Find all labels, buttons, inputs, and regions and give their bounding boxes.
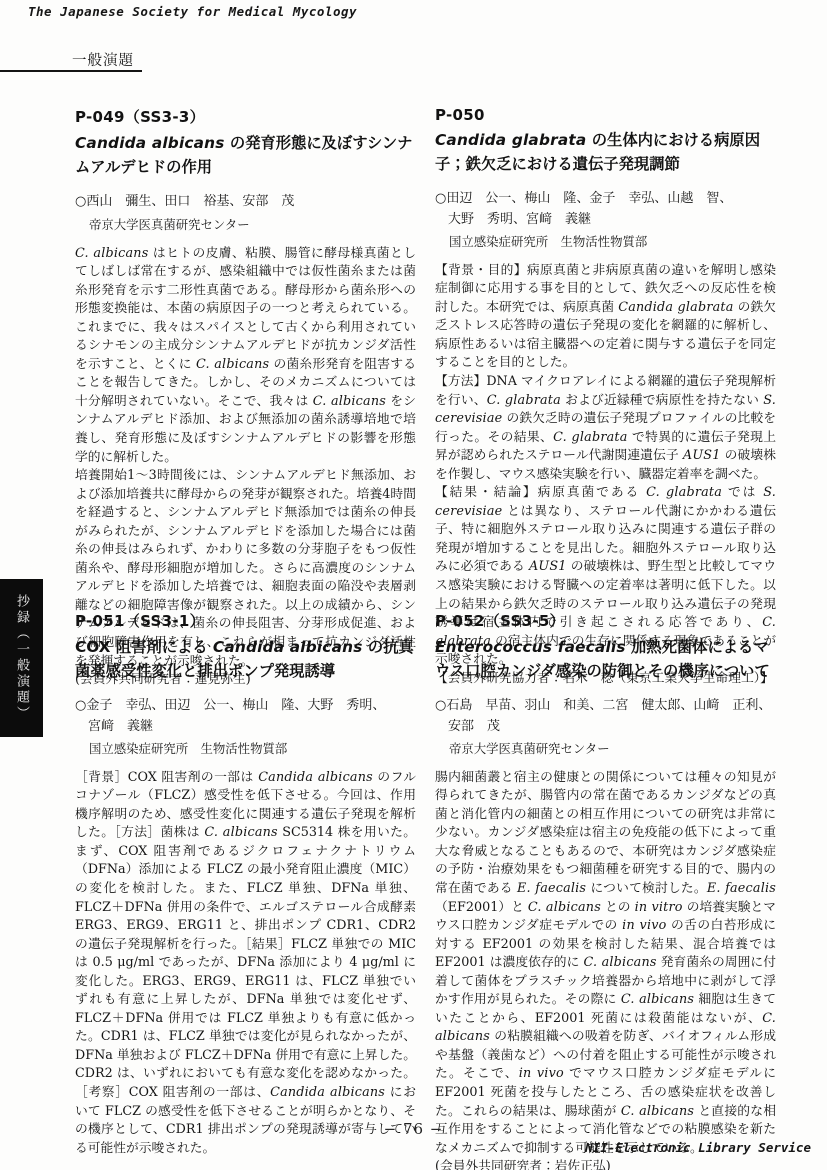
abstract-p051: P-051（SS3-1） COX 阻害剤による Candida albicans… bbox=[75, 610, 416, 1158]
abstract-p052: P-052（SS3-5） Enterococcus faecalis 加熱死菌体… bbox=[435, 610, 776, 1170]
abstract-body: ［背景］COX 阻害剤の一部は Candida albicans のフルコナゾー… bbox=[75, 769, 416, 1158]
abstract-p050: P-050 Candida glabrata の生体内における病原因子；鉄欠乏に… bbox=[435, 106, 776, 688]
abstract-authors: ○石島 早苗、羽山 和美、二宮 健太郎、山﨑 正利、 安部 茂 bbox=[435, 696, 776, 736]
abstract-affiliation: 帝京大学医真菌研究センター bbox=[435, 739, 776, 757]
abstract-title: Candida albicans の発育形態に及ぼすシンナムアルデヒドの作用 bbox=[75, 132, 416, 179]
abstract-title: COX 阻害剤による Candida albicans の抗真菌薬感受性変化と排… bbox=[75, 636, 416, 683]
page-number: − 76 − bbox=[0, 1120, 827, 1138]
sidebar-tab-label: 抄録（一般演題） bbox=[0, 579, 43, 737]
abstract-affiliation: 国立感染症研究所 生物活性物質部 bbox=[75, 739, 416, 757]
section-tab: 一般演題 bbox=[72, 49, 134, 70]
abstract-p049: P-049（SS3-3） Candida albicans の発育形態に及ぼすシ… bbox=[75, 106, 416, 690]
document-page: The Japanese Society for Medical Mycolog… bbox=[0, 0, 827, 1170]
abstract-authors: ○金子 幸弘、田辺 公一、梅山 隆、大野 秀明、 宮﨑 義継 bbox=[75, 696, 416, 736]
abstract-code: P-049（SS3-3） bbox=[75, 106, 416, 127]
abstract-authors: ○西山 彌生、田口 裕基、安部 茂 bbox=[75, 192, 416, 212]
abstract-authors: ○田辺 公一、梅山 隆、金子 幸弘、山越 智、 大野 秀明、宮﨑 義継 bbox=[435, 189, 776, 229]
abstract-affiliation: 国立感染症研究所 生物活性物質部 bbox=[435, 232, 776, 250]
section-tab-rule bbox=[0, 70, 142, 72]
footer-library-service: NII-Electronic Library Service bbox=[585, 1140, 811, 1155]
abstract-code: P-050 bbox=[435, 106, 776, 124]
abstract-title: Enterococcus faecalis 加熱死菌体によるマウス口腔カンジダ感… bbox=[435, 636, 776, 683]
abstract-body: 腸内細菌叢と宿主の健康との関係については種々の知見が得られてきたが、腸管内の常在… bbox=[435, 769, 776, 1170]
abstract-code: P-051（SS3-1） bbox=[75, 610, 416, 631]
abstract-title: Candida glabrata の生体内における病原因子；鉄欠乏における遺伝子… bbox=[435, 129, 776, 176]
abstract-affiliation: 帝京大学医真菌研究センター bbox=[75, 215, 416, 233]
journal-header: The Japanese Society for Medical Mycolog… bbox=[28, 4, 357, 19]
abstract-code: P-052（SS3-5） bbox=[435, 610, 776, 631]
